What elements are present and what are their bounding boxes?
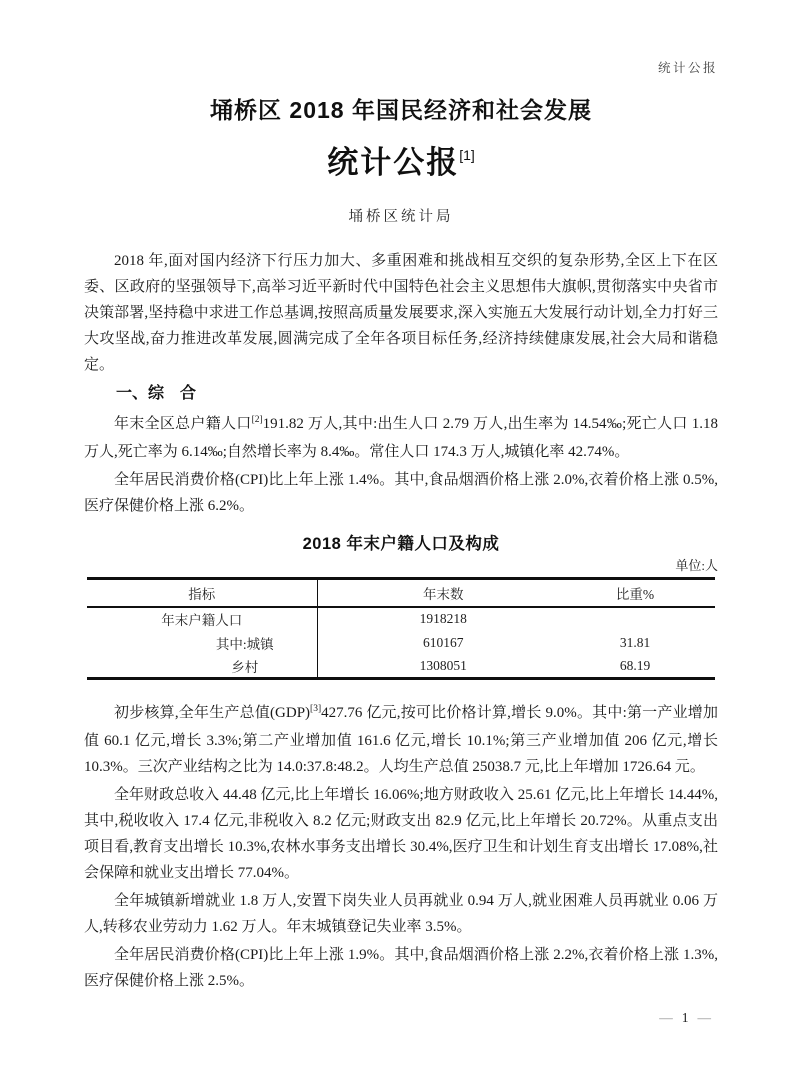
- table-row: 乡村 1308051 68.19: [87, 655, 715, 679]
- table-row: 其中:城镇 610167 31.81: [87, 631, 715, 655]
- table-cell-share: [569, 607, 715, 631]
- gdp-paragraph: 初步核算,全年生产总值(GDP)[3]427.76 亿元,按可比价格计算,增长 …: [84, 700, 718, 780]
- table-header: 指标 年末数 比重%: [87, 579, 715, 607]
- section-1-body-top: 年末全区总户籍人口[2]191.82 万人,其中:出生人口 2.79 万人,出生…: [84, 411, 718, 519]
- finance-paragraph: 全年财政总收入 44.48 亿元,比上年增长 16.06%;地方财政收入 25.…: [84, 782, 718, 886]
- table-cell-yearend: 1918218: [317, 607, 569, 631]
- page-number: —1—: [659, 1010, 712, 1026]
- cpi-paragraph-first: 全年居民消费价格(CPI)比上年上涨 1.4%。其中,食品烟酒价格上涨 2.0%…: [84, 467, 718, 519]
- footnote-ref-1: [1]: [459, 147, 475, 163]
- table-cell-yearend: 610167: [317, 631, 569, 655]
- page-number-dash-left: —: [659, 1010, 674, 1025]
- table-title: 2018 年末户籍人口及构成: [84, 530, 718, 554]
- document-title-line2: 统计公报[1]: [84, 137, 718, 182]
- table-row: 年末户籍人口 1918218: [87, 607, 715, 631]
- section-heading-1: 一、综 合: [84, 381, 718, 407]
- table-col-header-indicator: 指标: [87, 579, 317, 607]
- table-cell-share: 31.81: [569, 631, 715, 655]
- document-title-line1: 埇桥区 2018 年国民经济和社会发展: [84, 92, 718, 125]
- footnote-ref-2: [2]: [252, 415, 263, 425]
- table-cell-yearend: 1308051: [317, 655, 569, 679]
- footnote-ref-3: [3]: [310, 704, 321, 714]
- cpi-paragraph-second: 全年居民消费价格(CPI)比上年上涨 1.9%。其中,食品烟酒价格上涨 2.2%…: [84, 942, 718, 994]
- section-1-body-bottom: 初步核算,全年生产总值(GDP)[3]427.76 亿元,按可比价格计算,增长 …: [84, 700, 718, 994]
- population-paragraph: 年末全区总户籍人口[2]191.82 万人,其中:出生人口 2.79 万人,出生…: [84, 411, 718, 465]
- table-cell-share: 68.19: [569, 655, 715, 679]
- population-table-block: 2018 年末户籍人口及构成 单位:人 指标 年末数 比重% 年末户籍人口 19…: [84, 530, 718, 680]
- population-paragraph-pre: 年末全区总户籍人口: [114, 416, 252, 432]
- document-page: { "page": { "running_header": "统计公报", "f…: [0, 0, 800, 1088]
- table-body: 年末户籍人口 1918218 其中:城镇 610167 31.81 乡村 130…: [87, 607, 715, 679]
- population-table: 指标 年末数 比重% 年末户籍人口 1918218 其中:城镇 610167 3…: [87, 577, 715, 680]
- intro-paragraph: 2018 年,面对国内经济下行压力加大、多重困难和挑战相互交织的复杂形势,全区上…: [84, 248, 718, 378]
- table-col-header-share: 比重%: [569, 579, 715, 607]
- running-header: 统计公报: [84, 58, 718, 76]
- table-unit-label: 单位:人: [84, 555, 718, 574]
- table-cell-indicator: 年末户籍人口: [87, 607, 317, 631]
- table-cell-indicator: 乡村: [87, 655, 317, 679]
- page-number-value: 1: [674, 1010, 698, 1025]
- page-number-dash-right: —: [698, 1010, 713, 1025]
- gdp-paragraph-pre: 初步核算,全年生产总值(GDP): [114, 705, 310, 721]
- table-cell-indicator: 其中:城镇: [87, 631, 317, 655]
- table-header-row: 指标 年末数 比重%: [87, 579, 715, 607]
- employment-paragraph: 全年城镇新增就业 1.8 万人,安置下岗失业人员再就业 0.94 万人,就业困难…: [84, 888, 718, 940]
- document-title-line2-text: 统计公报: [327, 145, 459, 180]
- page-content: 统计公报 埇桥区 2018 年国民经济和社会发展 统计公报[1] 埇桥区统计局 …: [84, 0, 718, 994]
- table-col-header-yearend: 年末数: [317, 579, 569, 607]
- issuing-agency: 埇桥区统计局: [84, 205, 718, 226]
- intro-section: 2018 年,面对国内经济下行压力加大、多重困难和挑战相互交织的复杂形势,全区上…: [84, 248, 718, 378]
